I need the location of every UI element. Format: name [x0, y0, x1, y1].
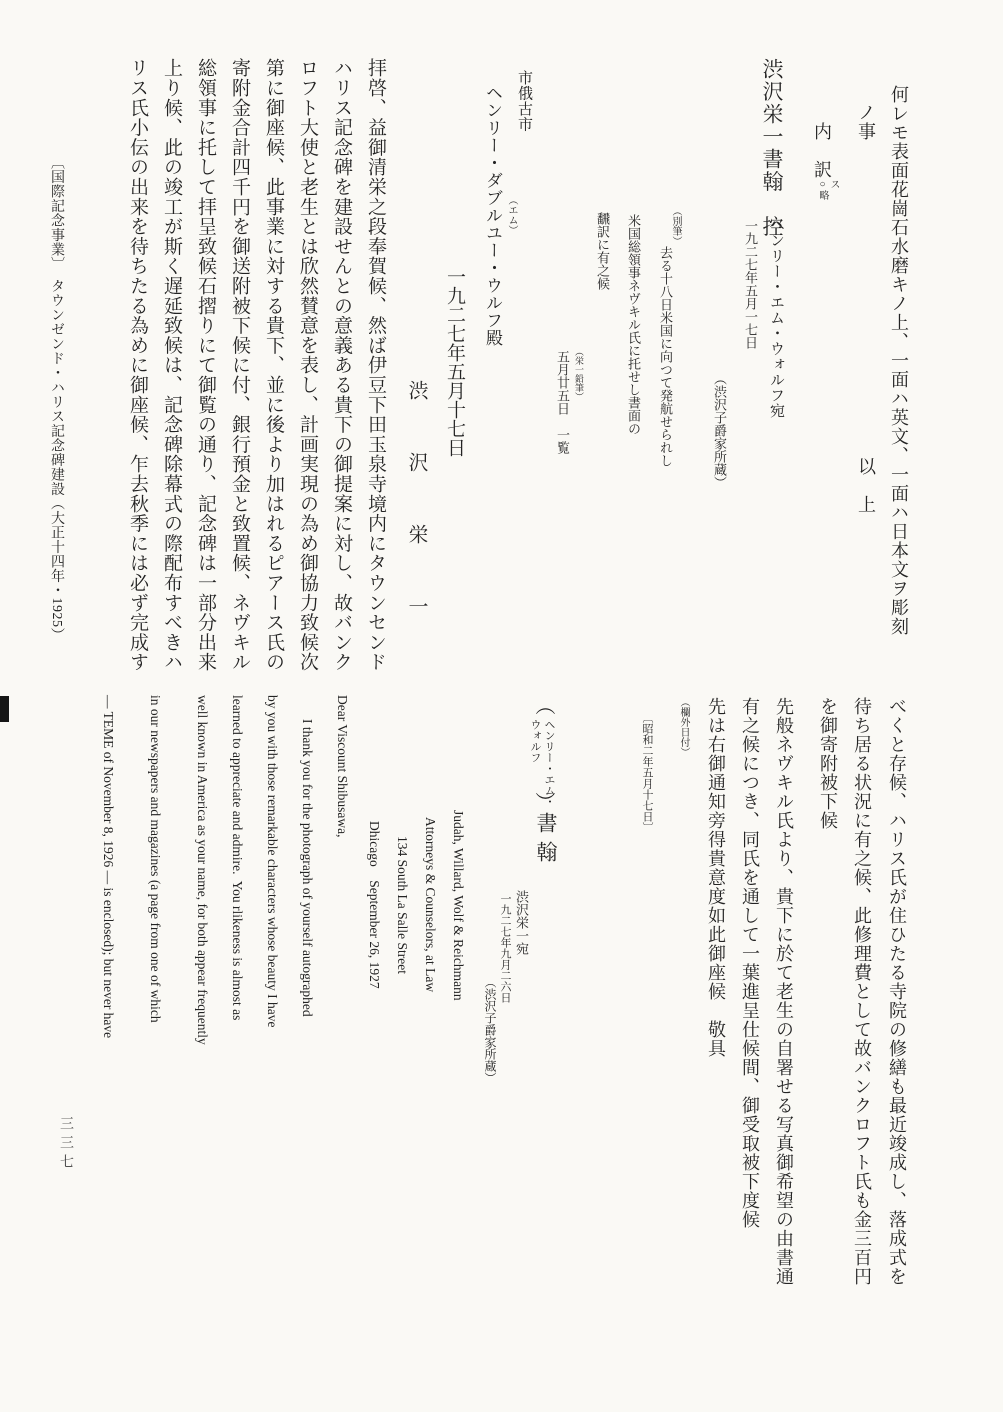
- letter2-paren-open: （: [529, 695, 558, 715]
- english-letter: Judah, Willard, Wolf & Reichmann Attorne…: [92, 695, 472, 1115]
- memo-line-1: 何レモ表面花崗石水磨キノ上、一面ハ英文、一面ハ日本文ヲ彫刻: [886, 85, 912, 636]
- letter1-recipient-gloss: （エム）: [504, 195, 519, 235]
- letter1-note-line-3: 飜訳に有之候: [593, 212, 612, 290]
- letter1-signature: 渋沢栄一: [402, 380, 431, 668]
- memo-closing: 以 上: [856, 141, 876, 514]
- letter1-body-line: ハリス記念碑を建設せんとの意義ある貴下の御提案に対し、故バンク: [324, 58, 358, 690]
- scan-edge-mark: [0, 696, 9, 722]
- english-body-line: — TEME of November 8, 1926 — is enclosed…: [91, 695, 126, 1115]
- letter1-addressee: ヘンリー・エム・ウォルフ宛: [766, 217, 787, 419]
- letter1-margin-note-label: （欄外日付）: [676, 697, 691, 757]
- letter1-body2-line: を御寄附被下候: [815, 697, 841, 830]
- memo-line-3: 内 訳ス○略: [809, 122, 839, 200]
- letter1-note-line-2: 米国総領事ネヴキル氏に托せし書面の: [624, 214, 643, 435]
- english-body-line: in our newspapers and magazines (a page …: [138, 695, 173, 1115]
- english-body-line: well known in America as your name, for …: [185, 695, 220, 1115]
- letter1-body-line: リス氏小伝の出来を待ちたる為めに御座候、乍去秋季には必ず完成す: [120, 58, 154, 690]
- letter2-title-gloss-left: ウォルフ: [527, 719, 543, 763]
- letter1-pencil-text: 五月廿五日 一覧: [553, 350, 572, 454]
- memo-warichu-left: ○略: [817, 179, 828, 200]
- letter1-margin-note-date: 〔昭和二年五月十七日〕: [639, 712, 655, 833]
- letter1-note-label: （別筆）: [668, 206, 683, 246]
- letter1-body-line: 総領事に托して拝呈致候石摺りにて御覧の通り、記念碑は一部分出来: [188, 58, 222, 690]
- section-caption: 〔国際記念事業〕 タウンゼンド・ハリス記念碑建設（大正十四年・1925）: [46, 155, 66, 642]
- letter1-city: 市俄古市: [514, 70, 535, 132]
- letter2-addressee: 渋沢栄一宛: [512, 890, 531, 955]
- memo-line-2-text: ノ事: [856, 103, 876, 141]
- letter1-recipient: ヘンリー・ダブルユー・ウルフ殿: [480, 84, 505, 347]
- english-salutation: Dear Viscount Shibusawa,: [325, 695, 360, 1115]
- letter2-paren-close: ）: [529, 792, 558, 812]
- letter1-body2-line: べくと存候、ハリス氏が住ひたる寺院の修繕も最近竣成し、落成式を: [884, 697, 910, 1286]
- english-body-line: I thank you for the photograph of yourse…: [290, 695, 325, 1115]
- english-body-line: learned to appreciate and admire. You rl…: [220, 695, 255, 1115]
- memo-line-2: ノ事以 上: [853, 103, 879, 514]
- english-dateline: Dhicago September 26, 1927: [360, 695, 388, 1115]
- english-sender-line: Judah, Willard, Wolf & Reichmann: [444, 695, 472, 1115]
- page-number: 三三七: [55, 1116, 75, 1173]
- memo-line-3-main: 内 訳: [812, 122, 832, 179]
- letter1-body2-line: 有之候につき、同氏を通して一葉進呈仕候間、御受取被下度候: [737, 697, 763, 1229]
- letter1-body2-line: 先は右御通知旁得貴意度如此御座候 敬具: [703, 697, 729, 1058]
- letter2-provenance: （渋沢子爵家所蔵）: [482, 976, 499, 1084]
- letter1-body2-line: 待ち居る状況に有之候、此修理費として故バンクロフト氏も金三百円: [849, 697, 875, 1286]
- letter2-date: 一九二七年九月二六日: [497, 893, 513, 1003]
- letter2-title: 書翰: [531, 812, 561, 870]
- letter1-body-line: 上り候、此の竣工が斯く遅延致候は、記念碑除幕式の際配布すべきハ: [154, 58, 188, 690]
- letter1-body2-line: 先般ネヴキル氏より、貴下に於て老生の自署せる写真御希望の由書通: [771, 697, 797, 1286]
- letter1-body-line: 寄附金合計四千円を御送附被下候に付、銀行預金と致置候、ネヴキル: [222, 58, 256, 690]
- letter1-note-line-1: 去る十八日米国に向つて発航せられし: [656, 246, 675, 467]
- letter1-body-line: 拝啓、益御清栄之段奉賀候、然ば伊豆下田玉泉寺境内にタウンセンド: [358, 58, 392, 690]
- english-sender-line: 134 South La Salle Street: [388, 695, 416, 1115]
- memo-warichu-note: ス○略: [817, 179, 839, 200]
- letter1-body-line: ロフト大使と老生とは欣然賛意を表し、計画実現の為め御協力致候次: [290, 58, 324, 690]
- letter1-title: 渋沢栄一書翰 控: [757, 58, 787, 238]
- scanned-book-page: { "page": { "page_number": "三三七", "secti…: [0, 0, 1003, 1412]
- letter1-date: 一九二七年五月一七日: [741, 219, 760, 349]
- letter1-provenance: （渋沢子爵家所蔵）: [710, 372, 729, 489]
- letter1-body: 拝啓、益御清栄之段奉賀候、然ば伊豆下田玉泉寺境内にタウンセンド ハリス記念碑を建…: [118, 58, 392, 690]
- english-body-line: by you with those remarkable characters …: [255, 695, 290, 1115]
- memo-warichu-right: ス: [828, 179, 839, 200]
- letter1-body-date: 一九二七年五月十七日: [441, 267, 468, 457]
- letter1-pencil-label: （栄一鉛筆）: [573, 347, 586, 401]
- english-sender-line: Attorneys & Counselors, at Law: [416, 695, 444, 1115]
- letter1-body-line: 第に御座候、此事業に対する貴下、並に後より加はれるピアース氏の: [256, 58, 290, 690]
